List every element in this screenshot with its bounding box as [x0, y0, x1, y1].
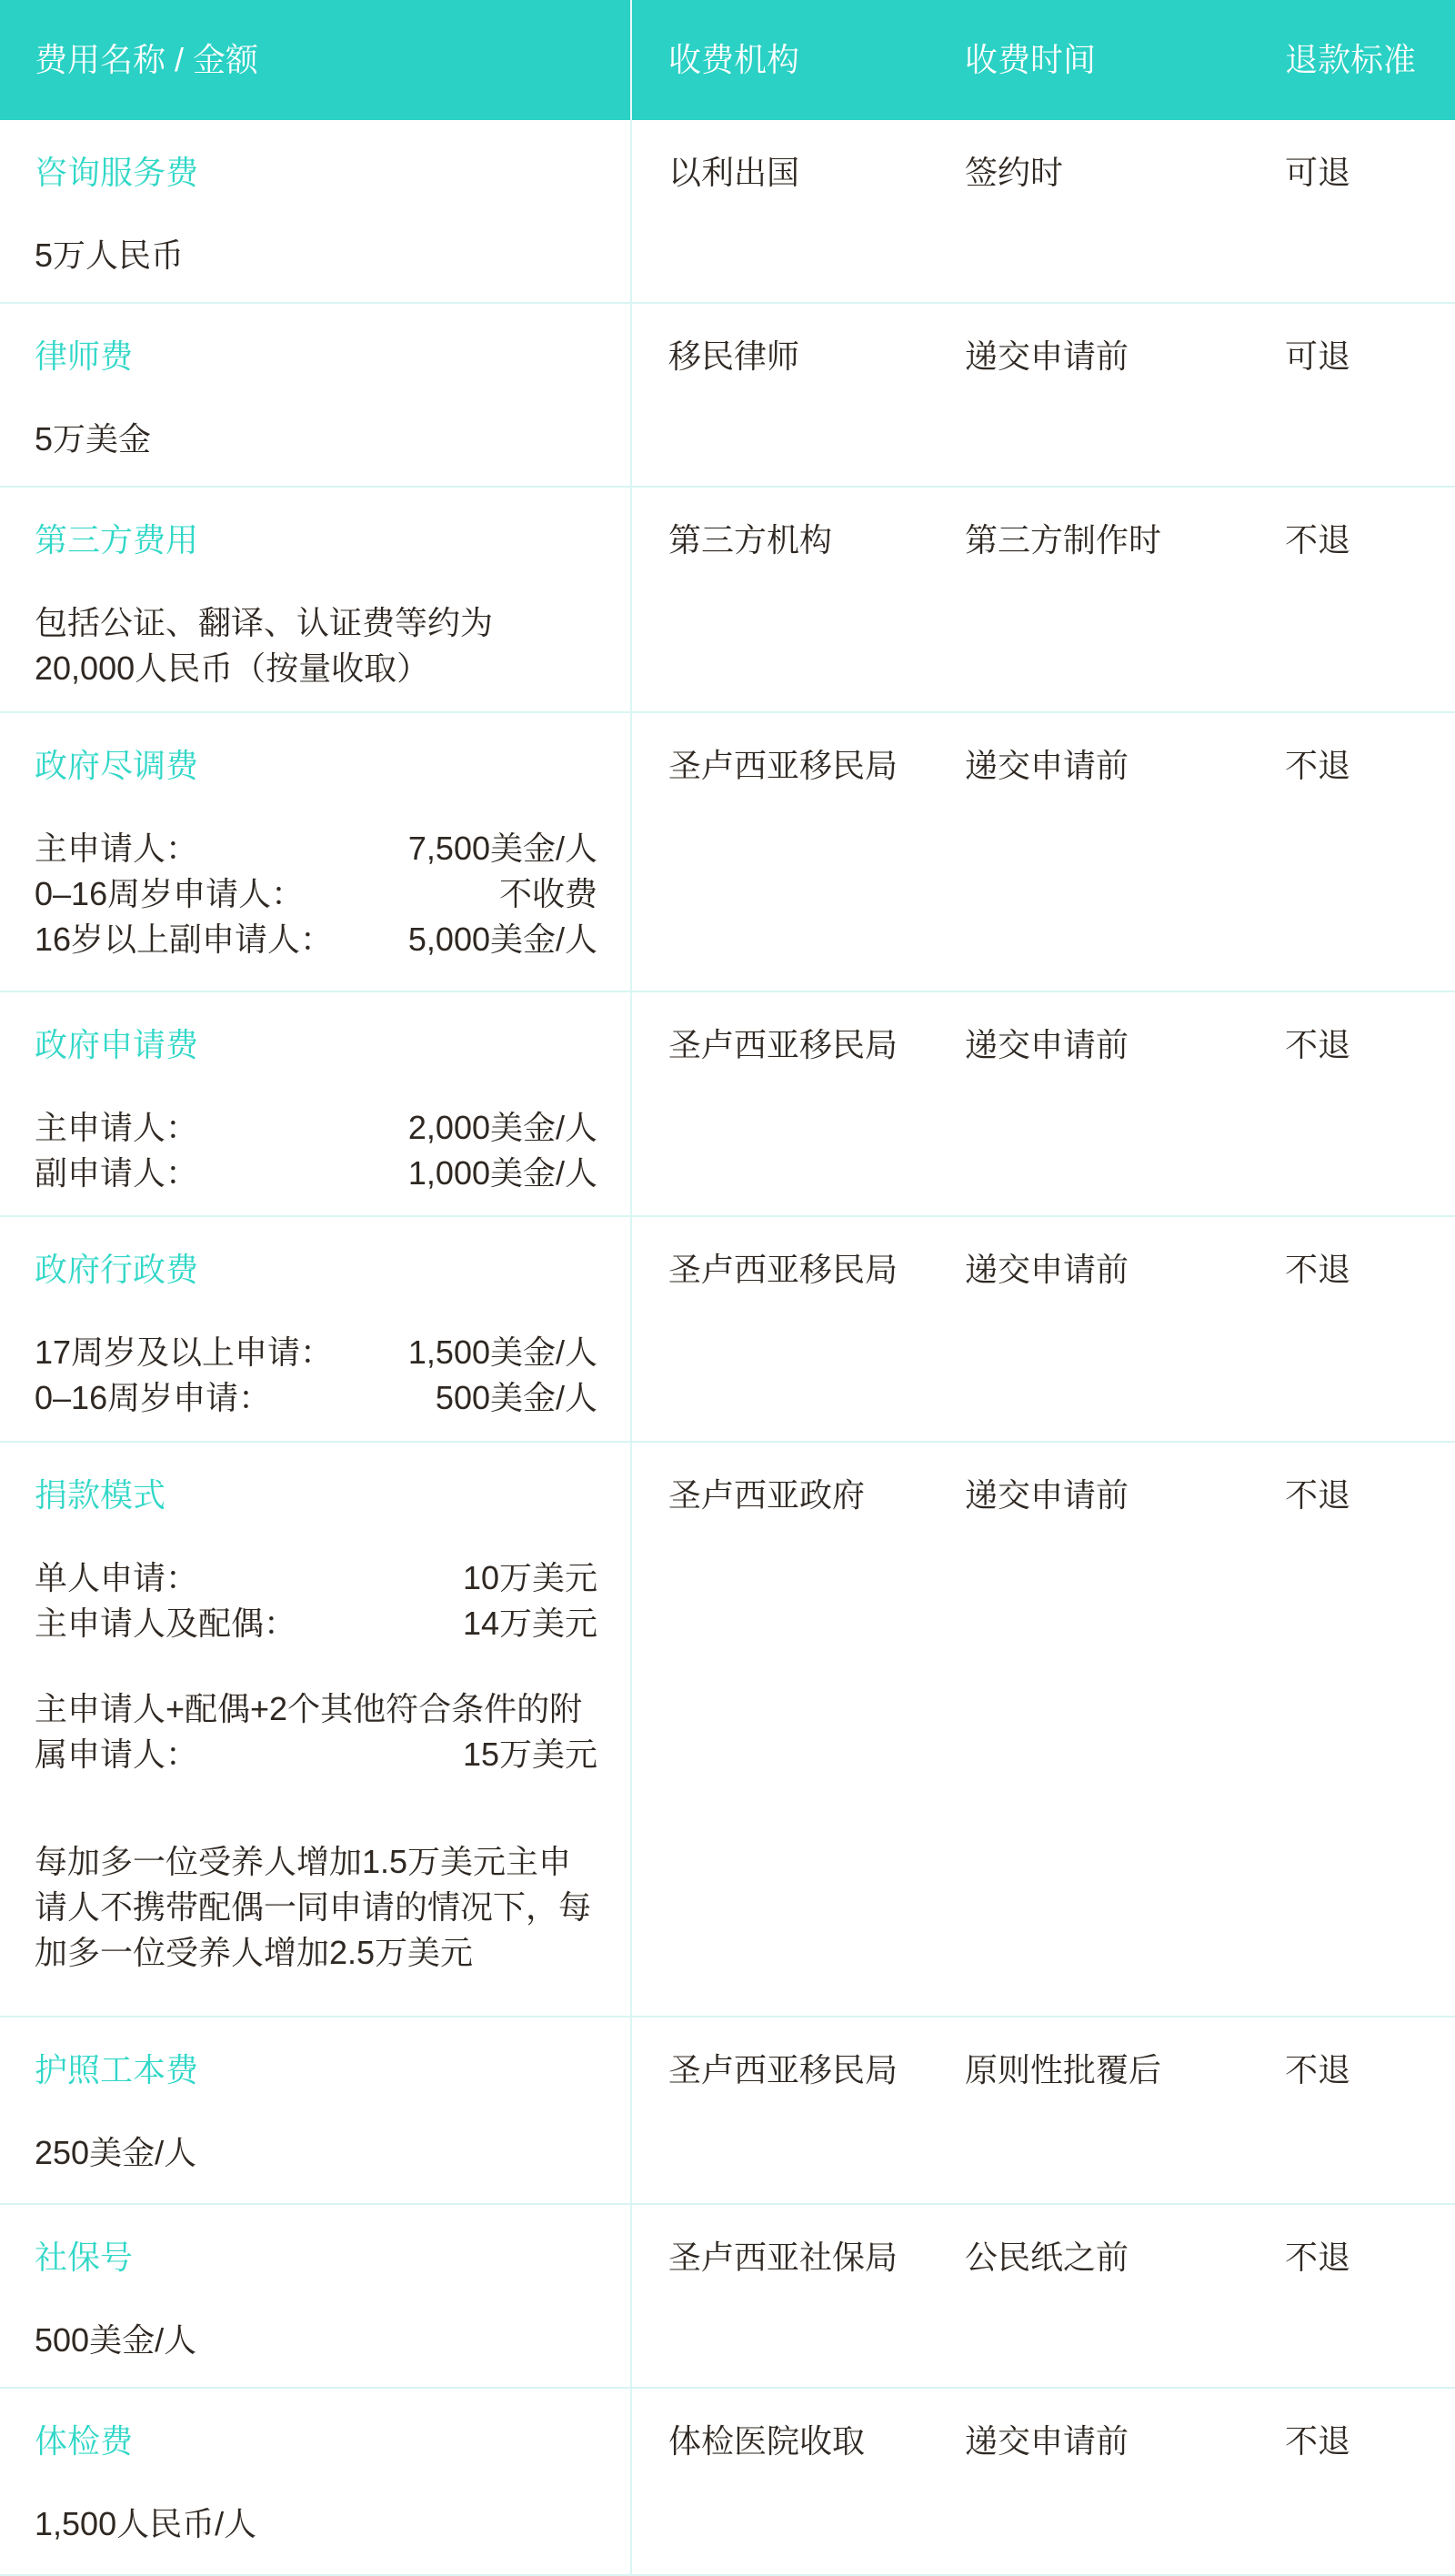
org-cell: 圣卢西亚移民局: [632, 2018, 965, 2203]
fee-item-label-wrapped: 主申请人+配偶+2个其他符合条件的附: [35, 1686, 597, 1732]
fee-item: 单人申请： 10万美元: [35, 1555, 597, 1601]
fee-name: 政府申请费: [35, 1025, 597, 1065]
table-row: 咨询服务费 5万人民币 以利出国 签约时 可退: [0, 120, 1455, 304]
refund-cell: 可退: [1285, 120, 1455, 302]
org-cell: 第三方机构: [632, 488, 965, 711]
fee-name: 捐款模式: [35, 1475, 597, 1515]
fee-name: 护照工本费: [35, 2050, 597, 2090]
fee-item-label: 0–16周岁申请人：: [35, 871, 304, 917]
fee-item-label: 单人申请：: [35, 1555, 198, 1601]
fee-cell: 护照工本费 250美金/人: [0, 2018, 632, 2203]
fee-cell: 律师费 5万美金: [0, 304, 632, 486]
fee-note-line: 加多一位受养人增加2.5万美元: [35, 1930, 597, 1976]
fee-cell: 咨询服务费 5万人民币: [0, 120, 632, 302]
fee-item-value: 2,000美金/人: [408, 1105, 597, 1151]
fee-cell: 捐款模式 单人申请： 10万美元 主申请人及配偶： 14万美元 主申请人+配偶+…: [0, 1443, 632, 2016]
time-cell: 签约时: [965, 120, 1285, 302]
fee-item: 主申请人及配偶： 14万美元: [35, 1601, 597, 1646]
fee-item-value: 10万美元: [463, 1555, 597, 1601]
fee-description-line: 包括公证、翻译、认证费等约为: [35, 600, 597, 646]
fee-item-label: 主申请人：: [35, 826, 198, 871]
table-row: 体检费 1,500人民币/人 体检医院收取 递交申请前 不退: [0, 2389, 1455, 2576]
fee-name: 律师费: [35, 337, 597, 377]
org-cell: 圣卢西亚移民局: [632, 1217, 965, 1441]
fee-item: 主申请人： 2,000美金/人: [35, 1105, 597, 1151]
fee-item: 17周岁及以上申请： 1,500美金/人: [35, 1330, 597, 1375]
time-cell: 递交申请前: [965, 713, 1285, 991]
header-fee-column: 费用名称 / 金额: [0, 0, 632, 120]
fee-item: 16岁以上副申请人： 5,000美金/人: [35, 917, 597, 962]
table-row: 政府尽调费 主申请人： 7,500美金/人 0–16周岁申请人： 不收费 16岁…: [0, 713, 1455, 992]
fee-item: 属申请人： 15万美元: [35, 1732, 597, 1777]
table-row: 社保号 500美金/人 圣卢西亚社保局 公民纸之前 不退: [0, 2205, 1455, 2389]
fee-item-value: 5,000美金/人: [408, 917, 597, 962]
time-cell: 递交申请前: [965, 304, 1285, 486]
spacer: [35, 1777, 597, 1839]
header-org-column: 收费机构: [632, 0, 965, 120]
fee-item-value: 14万美元: [463, 1601, 597, 1646]
table-row: 政府行政费 17周岁及以上申请： 1,500美金/人 0–16周岁申请： 500…: [0, 1217, 1455, 1443]
time-cell: 递交申请前: [965, 2389, 1285, 2574]
fee-name: 社保号: [35, 2238, 597, 2278]
fee-note-line: 请人不携带配偶一同申请的情况下，每: [35, 1885, 597, 1930]
fee-cell: 政府尽调费 主申请人： 7,500美金/人 0–16周岁申请人： 不收费 16岁…: [0, 713, 632, 991]
refund-cell: 不退: [1285, 2389, 1455, 2574]
fee-name: 咨询服务费: [35, 153, 597, 193]
fee-item-value: 500美金/人: [436, 1375, 597, 1421]
fee-item-label: 16岁以上副申请人：: [35, 917, 333, 962]
fee-amount: 500美金/人: [35, 2318, 597, 2363]
fee-name: 政府行政费: [35, 1250, 597, 1290]
spacer: [35, 1646, 597, 1686]
refund-cell: 不退: [1285, 713, 1455, 991]
fee-table-page: 费用名称 / 金额 收费机构 收费时间 退款标准 咨询服务费 5万人民币 以利出…: [0, 0, 1455, 2576]
fee-name: 政府尽调费: [35, 746, 597, 786]
org-cell: 圣卢西亚政府: [632, 1443, 965, 2016]
fee-item: 主申请人： 7,500美金/人: [35, 826, 597, 871]
header-time-column: 收费时间: [965, 0, 1285, 120]
org-cell: 移民律师: [632, 304, 965, 486]
fee-name: 体检费: [35, 2421, 597, 2461]
refund-cell: 不退: [1285, 992, 1455, 1215]
fee-item-label: 副申请人：: [35, 1151, 198, 1196]
refund-cell: 可退: [1285, 304, 1455, 486]
fee-item: 0–16周岁申请人： 不收费: [35, 871, 597, 917]
fee-cell: 政府行政费 17周岁及以上申请： 1,500美金/人 0–16周岁申请： 500…: [0, 1217, 632, 1441]
fee-item: 副申请人： 1,000美金/人: [35, 1151, 597, 1196]
fee-item-value: 15万美元: [463, 1732, 597, 1777]
time-cell: 递交申请前: [965, 1443, 1285, 2016]
fee-item-label: 0–16周岁申请：: [35, 1375, 271, 1421]
fee-item-label: 主申请人及配偶：: [35, 1601, 296, 1646]
refund-cell: 不退: [1285, 1217, 1455, 1441]
refund-cell: 不退: [1285, 2018, 1455, 2203]
fee-cell: 第三方费用 包括公证、翻译、认证费等约为 20,000人民币（按量收取）: [0, 488, 632, 711]
org-cell: 圣卢西亚移民局: [632, 992, 965, 1215]
fee-amount: 1,500人民币/人: [35, 2501, 597, 2547]
table-row: 护照工本费 250美金/人 圣卢西亚移民局 原则性批覆后 不退: [0, 2018, 1455, 2205]
fee-name: 第三方费用: [35, 520, 597, 560]
refund-cell: 不退: [1285, 488, 1455, 711]
fee-item-value: 1,000美金/人: [408, 1151, 597, 1196]
time-cell: 第三方制作时: [965, 488, 1285, 711]
fee-item: 0–16周岁申请： 500美金/人: [35, 1375, 597, 1421]
fee-item-label: 主申请人：: [35, 1105, 198, 1151]
table-row: 第三方费用 包括公证、翻译、认证费等约为 20,000人民币（按量收取） 第三方…: [0, 488, 1455, 713]
org-cell: 以利出国: [632, 120, 965, 302]
time-cell: 原则性批覆后: [965, 2018, 1285, 2203]
org-cell: 圣卢西亚移民局: [632, 713, 965, 991]
fee-cell: 政府申请费 主申请人： 2,000美金/人 副申请人： 1,000美金/人: [0, 992, 632, 1215]
table-row: 律师费 5万美金 移民律师 递交申请前 可退: [0, 304, 1455, 488]
fee-item-value: 7,500美金/人: [408, 826, 597, 871]
table-header-row: 费用名称 / 金额 收费机构 收费时间 退款标准: [0, 0, 1455, 120]
org-cell: 圣卢西亚社保局: [632, 2205, 965, 2387]
time-cell: 递交申请前: [965, 1217, 1285, 1441]
time-cell: 递交申请前: [965, 992, 1285, 1215]
fee-cell: 体检费 1,500人民币/人: [0, 2389, 632, 2574]
fee-amount: 250美金/人: [35, 2130, 597, 2176]
fee-amount: 5万美金: [35, 417, 597, 462]
refund-cell: 不退: [1285, 1443, 1455, 2016]
fee-description-line: 20,000人民币（按量收取）: [35, 646, 597, 691]
fee-item-label: 属申请人：: [35, 1732, 198, 1777]
table-row: 政府申请费 主申请人： 2,000美金/人 副申请人： 1,000美金/人 圣卢…: [0, 992, 1455, 1217]
fee-item-value: 1,500美金/人: [408, 1330, 597, 1375]
fee-item-value: 不收费: [499, 871, 597, 917]
fee-item-label: 17周岁及以上申请：: [35, 1330, 333, 1375]
fee-note-line: 每加多一位受养人增加1.5万美元主申: [35, 1839, 597, 1885]
table-row: 捐款模式 单人申请： 10万美元 主申请人及配偶： 14万美元 主申请人+配偶+…: [0, 1443, 1455, 2018]
fee-amount: 5万人民币: [35, 233, 597, 278]
time-cell: 公民纸之前: [965, 2205, 1285, 2387]
fee-cell: 社保号 500美金/人: [0, 2205, 632, 2387]
org-cell: 体检医院收取: [632, 2389, 965, 2574]
refund-cell: 不退: [1285, 2205, 1455, 2387]
header-refund-column: 退款标准: [1285, 0, 1455, 120]
